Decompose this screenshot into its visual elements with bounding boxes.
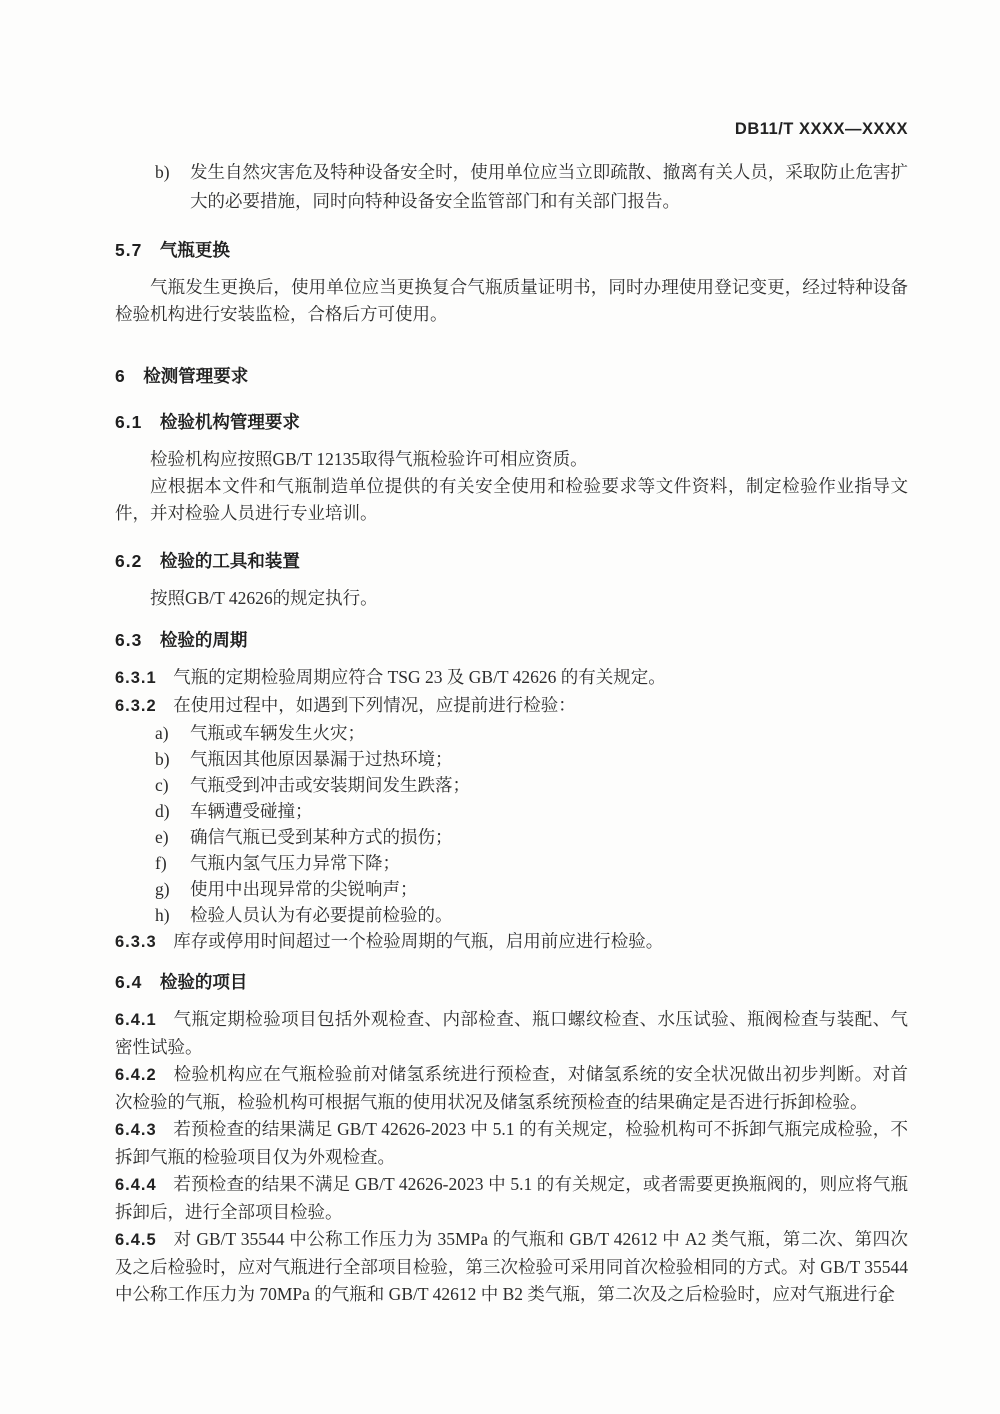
- list-item: g) 使用中出现异常的尖锐响声；: [115, 876, 908, 902]
- list-item-marker: d): [155, 798, 170, 824]
- paragraph: 检验机构应按照GB/T 12135取得气瓶检验许可相应资质。: [115, 446, 908, 473]
- list-item-text: 气瓶因其他原因暴漏于过热环境；: [190, 749, 453, 769]
- clause-text: 若预检查的结果满足 GB/T 42626-2023 中 5.1 的有关规定，检验…: [115, 1119, 908, 1167]
- paragraph: 气瓶发生更换后，使用单位应当更换复合气瓶质量证明书，同时办理使用登记变更，经过特…: [115, 274, 908, 328]
- section-heading-5-7: 5.7气瓶更换: [115, 238, 908, 262]
- document-page: DB11/T XXXX—XXXX b) 发生自然灾害危及特种设备安全时，使用单位…: [0, 0, 1000, 1414]
- section-number: 5.7: [115, 240, 142, 260]
- clause-6-3-3: 6.3.3库存或停用时间超过一个检验周期的气瓶，启用前应进行检验。: [115, 928, 908, 956]
- clause-text: 气瓶的定期检验周期应符合 TSG 23 及 GB/T 42626 的有关规定。: [173, 667, 666, 687]
- paragraph: 应根据本文件和气瓶制造单位提供的有关安全使用和检验要求等文件资料，制定检验作业指…: [115, 473, 908, 527]
- section-heading-6-2: 6.2检验的工具和装置: [115, 549, 908, 573]
- list-item-marker: f): [155, 850, 167, 876]
- section-heading-6-1: 6.1检验机构管理要求: [115, 410, 908, 434]
- clause-number: 6.4.1: [115, 1011, 157, 1029]
- list-item: c) 气瓶受到冲击或安装期间发生跌落；: [115, 772, 908, 798]
- list-item-marker: b): [155, 158, 170, 187]
- clause-6-3-2: 6.3.2在使用过程中，如遇到下列情况，应提前进行检验：: [115, 692, 908, 720]
- clause-number: 6.4.2: [115, 1066, 157, 1084]
- clause-text: 对 GB/T 35544 中公称工作压力为 35MPa 的气瓶和 GB/T 42…: [115, 1229, 908, 1304]
- list-item-marker: e): [155, 824, 169, 850]
- list-item-text: 气瓶受到冲击或安装期间发生跌落；: [190, 775, 470, 795]
- section-heading-6-3: 6.3检验的周期: [115, 628, 908, 652]
- section-title: 检验的项目: [160, 972, 248, 992]
- list-item-marker: h): [155, 902, 170, 928]
- list-item-text: 确信气瓶已受到某种方式的损伤；: [190, 827, 453, 847]
- page-content: b) 发生自然灾害危及特种设备安全时，使用单位应当立即疏散、撤离有关人员，采取防…: [115, 150, 908, 1308]
- clause-6-3-1: 6.3.1气瓶的定期检验周期应符合 TSG 23 及 GB/T 42626 的有…: [115, 664, 908, 692]
- section-number: 6: [115, 366, 126, 386]
- clause-text: 气瓶定期检验项目包括外观检查、内部检查、瓶口螺纹检查、水压试验、瓶阀检查与装配、…: [115, 1009, 908, 1057]
- list-item-text: 气瓶内氢气压力异常下降；: [190, 853, 400, 873]
- clause-text: 若预检查的结果不满足 GB/T 42626-2023 中 5.1 的有关规定，或…: [115, 1174, 908, 1222]
- section-title: 检验的工具和装置: [160, 551, 300, 571]
- section-title: 气瓶更换: [160, 240, 230, 260]
- list-item-marker: b): [155, 746, 170, 772]
- list-item: h) 检验人员认为有必要提前检验的。: [115, 902, 908, 928]
- paragraph: 按照GB/T 42626的规定执行。: [115, 585, 908, 612]
- document-code-header: DB11/T XXXX—XXXX: [115, 120, 908, 139]
- clause-number: 6.3.3: [115, 933, 157, 951]
- list-item: b) 发生自然灾害危及特种设备安全时，使用单位应当立即疏散、撤离有关人员，采取防…: [115, 158, 908, 216]
- clause-6-4-3: 6.4.3若预检查的结果满足 GB/T 42626-2023 中 5.1 的有关…: [115, 1116, 908, 1171]
- clause-text: 库存或停用时间超过一个检验周期的气瓶，启用前应进行检验。: [173, 931, 663, 951]
- page-number: 6: [880, 1288, 888, 1308]
- clause-number: 6.4.5: [115, 1231, 157, 1249]
- section-heading-6: 6检测管理要求: [115, 364, 908, 388]
- clause-text: 在使用过程中，如遇到下列情况，应提前进行检验：: [173, 695, 576, 715]
- list-item-text: 气瓶或车辆发生火灾；: [190, 723, 365, 743]
- clause-6-4-2: 6.4.2检验机构应在气瓶检验前对储氢系统进行预检查，对储氢系统的安全状况做出初…: [115, 1061, 908, 1116]
- list-item-text: 发生自然灾害危及特种设备安全时，使用单位应当立即疏散、撤离有关人员，采取防止危害…: [190, 162, 908, 211]
- list-item-text: 车辆遭受碰撞；: [190, 801, 313, 821]
- section-number: 6.4: [115, 972, 142, 992]
- section-title: 检验的周期: [160, 630, 248, 650]
- section-heading-6-4: 6.4检验的项目: [115, 970, 908, 994]
- list-item-marker: g): [155, 876, 170, 902]
- clause-number: 6.3.1: [115, 669, 157, 687]
- clause-number: 6.4.3: [115, 1121, 157, 1139]
- clause-number: 6.3.2: [115, 697, 157, 715]
- clause-6-4-5: 6.4.5对 GB/T 35544 中公称工作压力为 35MPa 的气瓶和 GB…: [115, 1226, 908, 1308]
- clause-6-4-1: 6.4.1气瓶定期检验项目包括外观检查、内部检查、瓶口螺纹检查、水压试验、瓶阀检…: [115, 1006, 908, 1061]
- list-item: d) 车辆遭受碰撞；: [115, 798, 908, 824]
- list-item: e) 确信气瓶已受到某种方式的损伤；: [115, 824, 908, 850]
- clause-6-4-4: 6.4.4若预检查的结果不满足 GB/T 42626-2023 中 5.1 的有…: [115, 1171, 908, 1226]
- list-item: b) 气瓶因其他原因暴漏于过热环境；: [115, 746, 908, 772]
- list-item: f) 气瓶内氢气压力异常下降；: [115, 850, 908, 876]
- section-number: 6.1: [115, 412, 142, 432]
- list-item-text: 使用中出现异常的尖锐响声；: [190, 879, 418, 899]
- list-item-text: 检验人员认为有必要提前检验的。: [190, 905, 453, 925]
- list-item-marker: c): [155, 772, 169, 798]
- section-number: 6.2: [115, 551, 142, 571]
- section-title: 检测管理要求: [143, 366, 248, 386]
- clause-number: 6.4.4: [115, 1176, 157, 1194]
- clause-text: 检验机构应在气瓶检验前对储氢系统进行预检查，对储氢系统的安全状况做出初步判断。对…: [115, 1064, 908, 1112]
- section-number: 6.3: [115, 630, 142, 650]
- list-item-marker: a): [155, 720, 169, 746]
- list-item: a) 气瓶或车辆发生火灾；: [115, 720, 908, 746]
- section-title: 检验机构管理要求: [160, 412, 300, 432]
